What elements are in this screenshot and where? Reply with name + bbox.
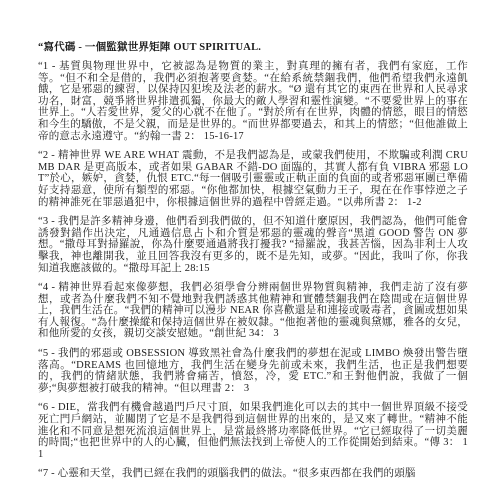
paragraph-1: “1 - 基質與物理世界中，它被認為是物質的業主，對真理的擁有者，我們有家庭，工… — [38, 61, 468, 142]
paragraph-6: “6 - DIE，當我們有機會越過門戶尺寸頂，如果我們進化可以去的其中一個世界頂… — [38, 402, 468, 460]
paragraph-4: “4 - 精神世界看起來像夢想，我們必須學會分辨兩個世界物質與精神，我們走訪了沒… — [38, 282, 468, 340]
paragraph-3: “3 - 我們是許多精神身邊，他們看到我們做的，但不知道什麼原因，我們認為，他們… — [38, 216, 468, 274]
paragraph-7: “7 - 心靈和天堂，我們已經在我們的頭腦我們的做法。“很多東西都在我們的頭腦 — [38, 468, 468, 480]
paragraph-2: “2 - 精神世界 WE ARE WHAT 震動，不是我們認為是，或蒙我們使用，… — [38, 150, 468, 208]
paragraph-5: “5 - 我們的邪惡或 OBSESSION 導致黑社會為什麼我們的夢想在泥或 L… — [38, 348, 468, 394]
document-page: “寫代碼 - 一個監獄世界矩陣 OUT SPIRITUAL. “1 - 基質與物… — [0, 0, 495, 495]
document-title: “寫代碼 - 一個監獄世界矩陣 OUT SPIRITUAL. — [38, 42, 468, 54]
